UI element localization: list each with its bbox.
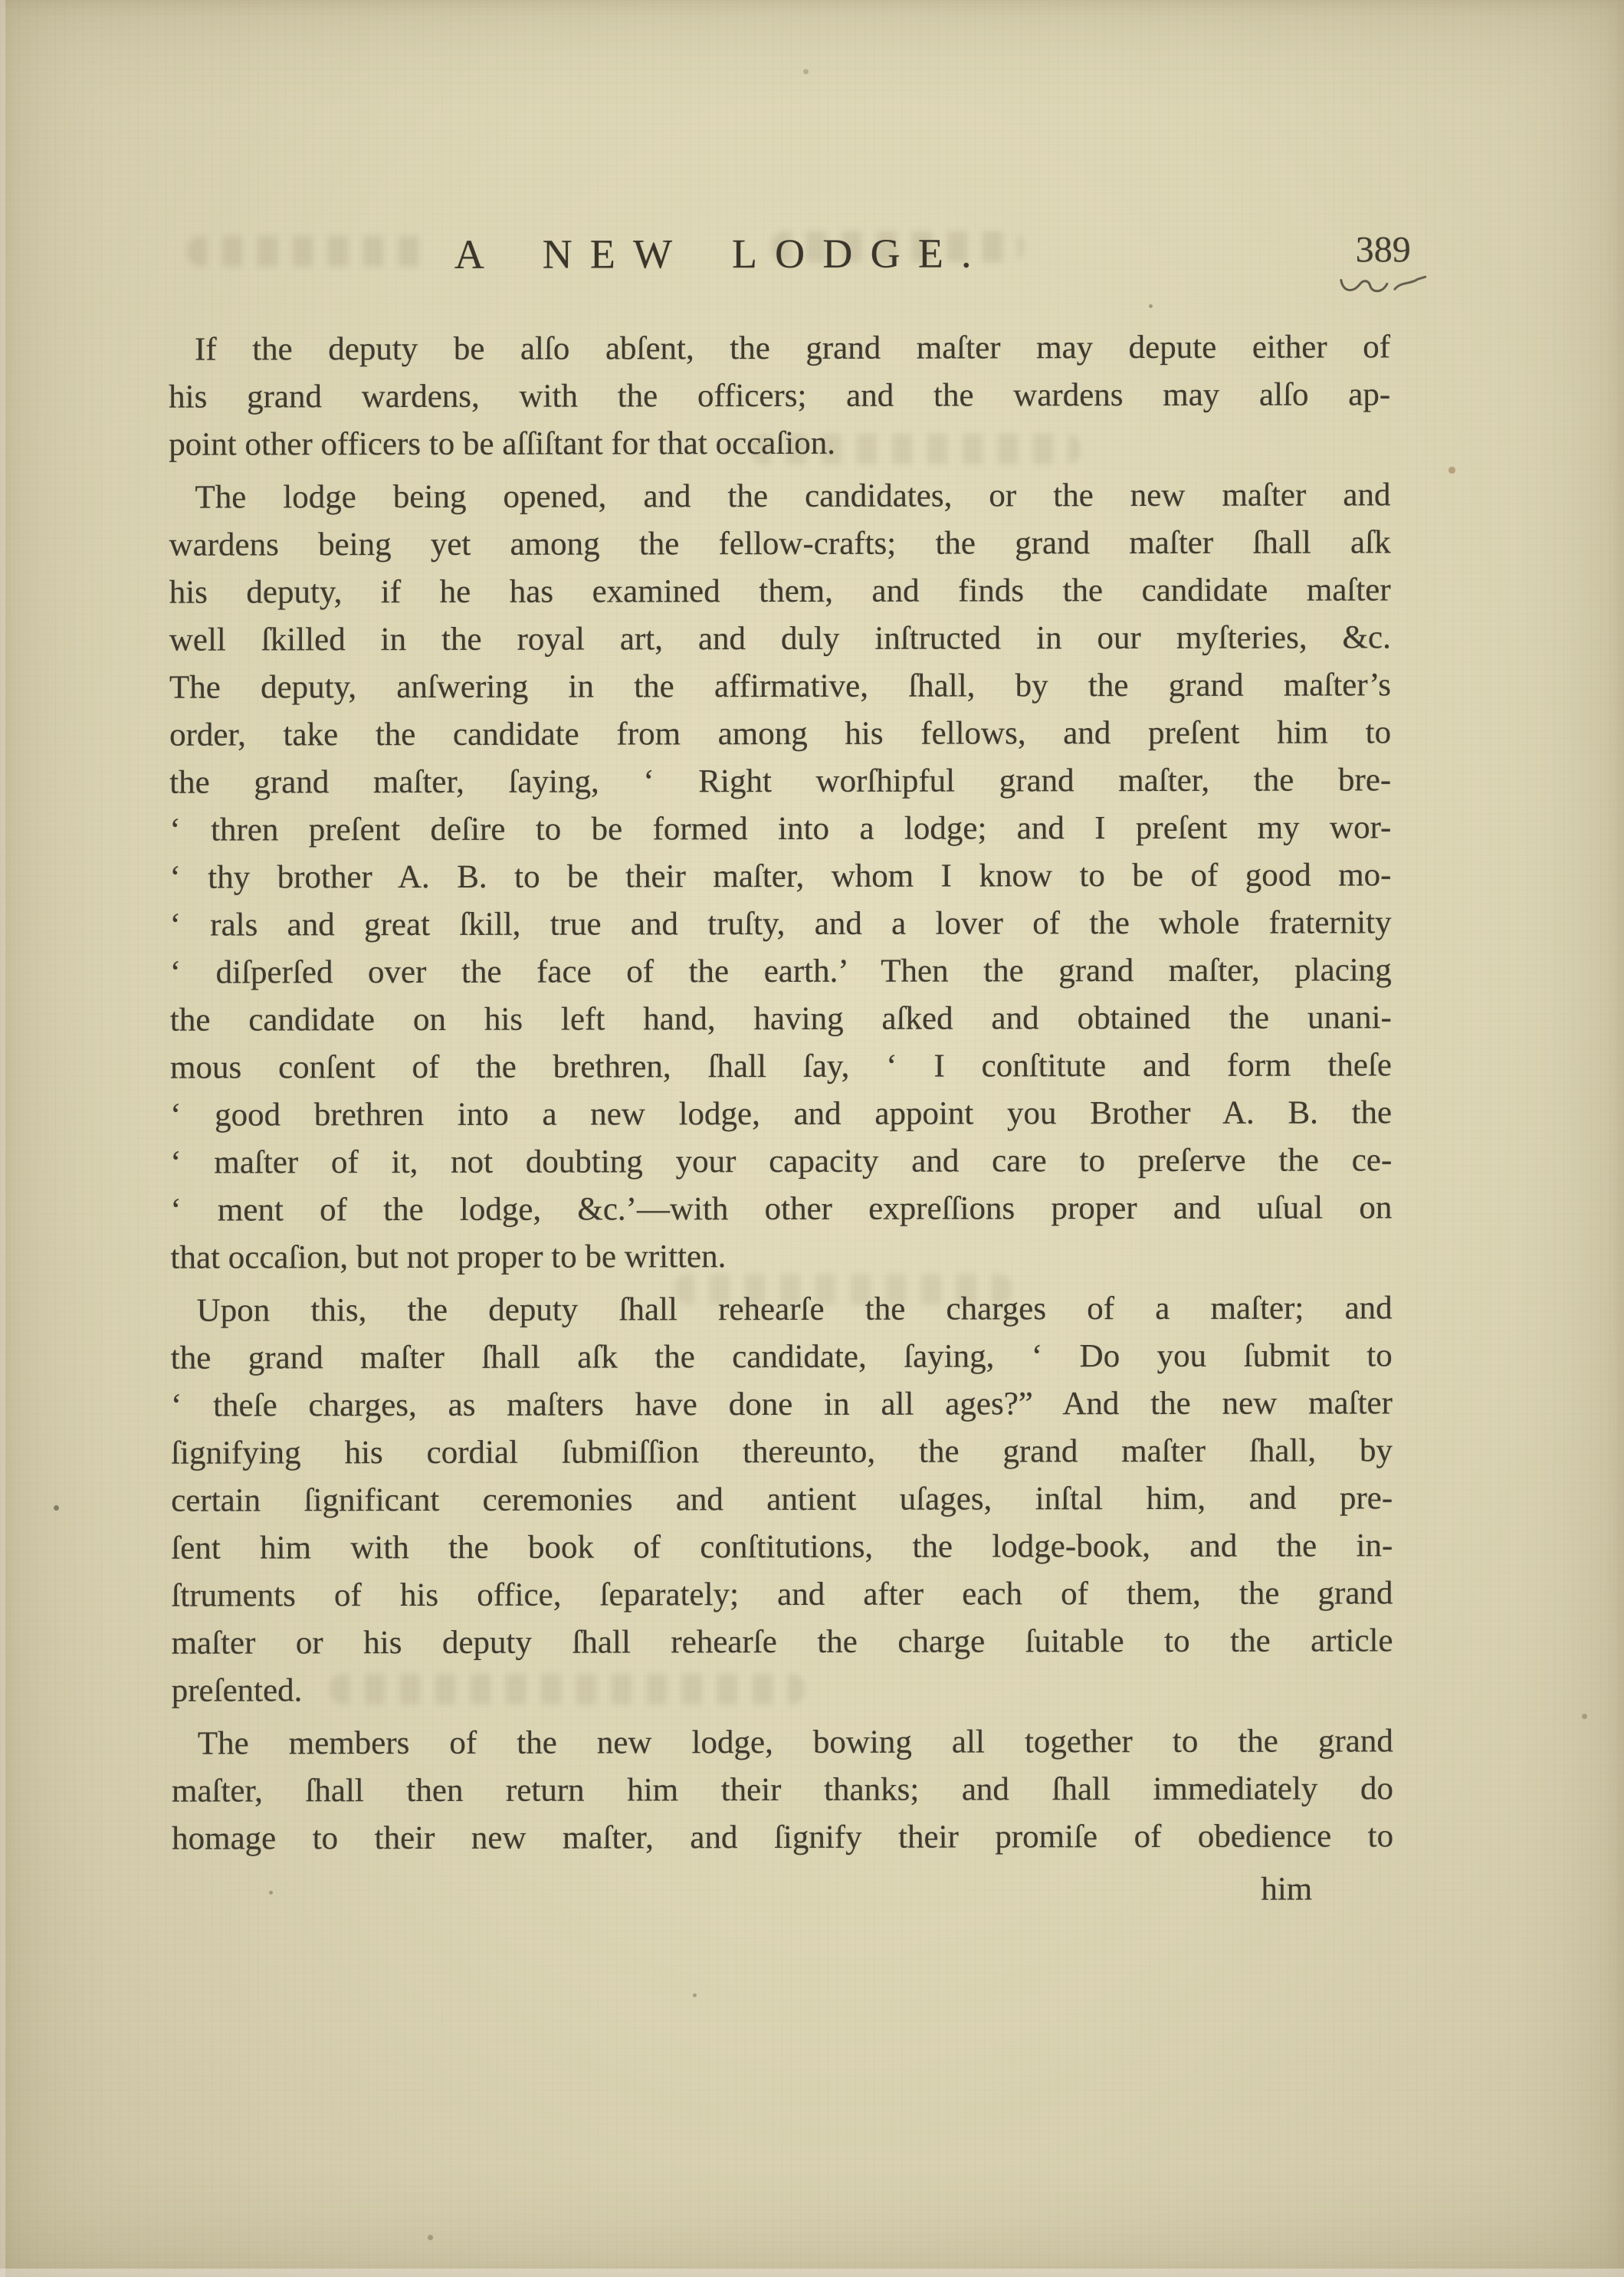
page-edge-shading [0,0,1624,2277]
book-page: A NEW LODGE. 389 If the deputy be alſo a… [0,0,1624,2277]
